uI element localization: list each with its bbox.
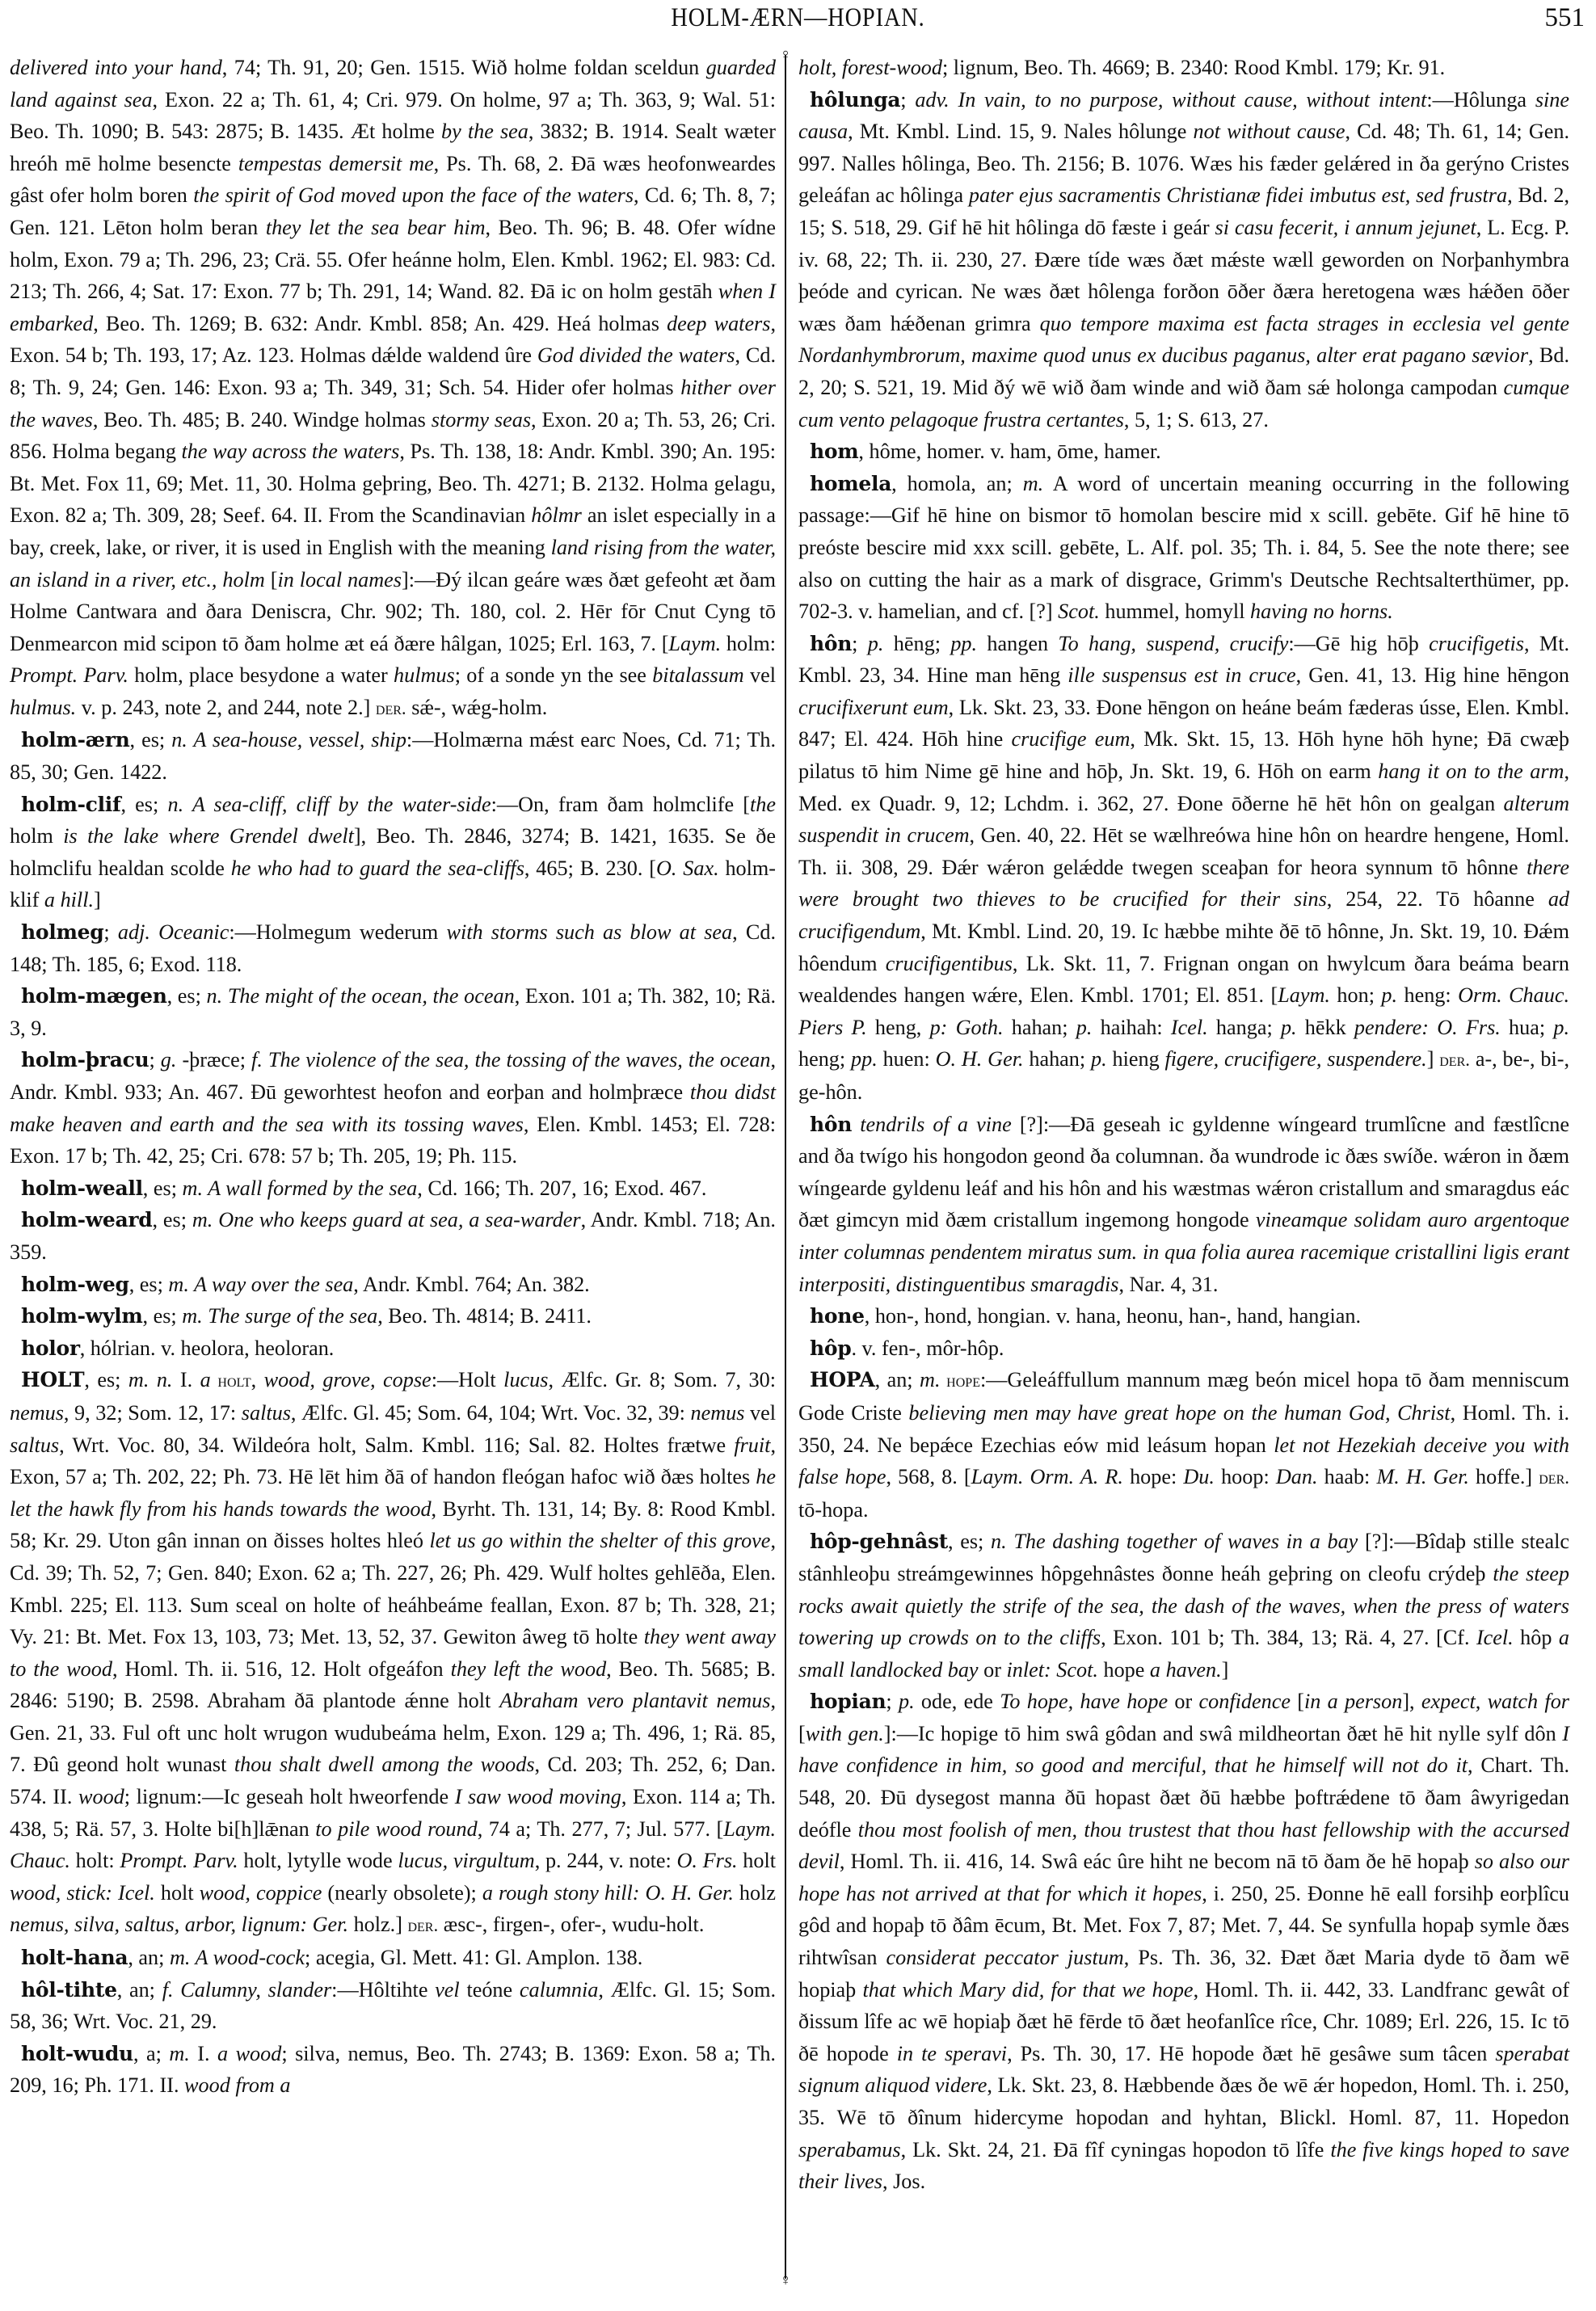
- italic-text: m. A wood-cock: [170, 1946, 305, 1969]
- text-run: hôp: [1514, 1626, 1559, 1649]
- text-run: æsc-, firgen-, ofer-, wudu-holt.: [438, 1913, 704, 1936]
- text-run: , Beo. Th. 485; B. 240. Windge holmas: [93, 408, 432, 431]
- italic-text: crucifigentibus: [886, 952, 1013, 975]
- italic-text: bitalassum: [652, 663, 744, 687]
- italic-text: crucifigetis: [1429, 632, 1524, 655]
- italic-text: ille suspensus est in cruce: [1068, 663, 1295, 687]
- text-run: heng,: [867, 1016, 930, 1039]
- small-caps-label: der.: [1539, 1467, 1569, 1488]
- italic-text: n. The might of the ocean, the ocean: [207, 984, 515, 1008]
- italic-text: m. A wall formed by the sea: [183, 1177, 418, 1200]
- italic-text: expect, watch for: [1421, 1690, 1569, 1713]
- italic-text: m.: [920, 1368, 940, 1391]
- text-run: [: [265, 568, 278, 591]
- text-run: , es;: [84, 1368, 128, 1391]
- text-run: holz: [734, 1881, 776, 1905]
- italic-text: Laym.: [668, 632, 721, 655]
- italic-text: saltus: [242, 1401, 291, 1425]
- italic-text: si casu fecerit, i annum jejunet: [1215, 216, 1476, 239]
- small-caps-label: holt: [211, 1370, 251, 1391]
- text-run: , homola, an;: [891, 472, 1023, 495]
- text-run: vel: [744, 663, 776, 687]
- italic-text: Scot.: [1058, 600, 1100, 623]
- text-run: hahan;: [1024, 1047, 1091, 1071]
- text-run: holt:: [70, 1849, 120, 1872]
- small-caps-label: der.: [376, 698, 406, 718]
- dictionary-entry: holor, hólrian. v. heolora, heoloran.: [10, 1332, 776, 1365]
- dictionary-entry: hôlunga; adv. In vain, to no purpose, wi…: [798, 84, 1569, 436]
- dictionary-entry: homela, homola, an; m. A word of uncerta…: [798, 468, 1569, 628]
- text-run: hahan;: [1004, 1016, 1076, 1039]
- dictionary-entry: hopian; p. ode, ede To hope, have hope o…: [798, 1686, 1569, 2198]
- italic-text: m. The surge of the sea: [182, 1304, 377, 1328]
- italic-text: To hang, suspend, crucify: [1058, 632, 1288, 655]
- text-run: ode, ede: [915, 1690, 1000, 1713]
- text-run: , es;: [167, 984, 207, 1008]
- dictionary-entry: hôn; p. hēng; pp. hangen To hang, suspen…: [798, 628, 1569, 1109]
- dictionary-entry: hôl-tihte, an; f. Calumny, slander:—Hôlt…: [10, 1974, 776, 2038]
- text-run: , es;: [120, 793, 167, 816]
- right-column: holt, forest-wood; lignum, Beo. Th. 4669…: [798, 52, 1569, 2198]
- italic-text: pendere: O. Frs.: [1354, 1016, 1501, 1039]
- italic-text: pp.: [851, 1047, 878, 1071]
- small-caps-label: der.: [407, 1915, 438, 1935]
- italic-text: adv. In vain, to no purpose, without cau…: [915, 88, 1426, 112]
- text-run: hua;: [1501, 1016, 1554, 1039]
- italic-text: wood, stick: Icel.: [10, 1881, 155, 1905]
- text-run: , Andr. Kmbl. 764; An. 382.: [353, 1273, 589, 1296]
- headword: hôn: [810, 1113, 852, 1136]
- text-run: , Mt. Kmbl. Lind. 15, 9. Nales hôlunge: [848, 120, 1193, 143]
- dictionary-entry: hôp-gehnâst, es; n. The dashing together…: [798, 1526, 1569, 1686]
- dictionary-entry: holm-ærn, es; n. A sea-house, vessel, sh…: [10, 724, 776, 788]
- text-run: holt: [155, 1881, 200, 1905]
- dictionary-entry: holm-mægen, es; n. The might of the ocea…: [10, 980, 776, 1044]
- small-caps-label: der.: [1439, 1050, 1470, 1070]
- text-run: , Beo. Th. 1269; B. 632: Andr. Kmbl. 858…: [93, 312, 667, 335]
- text-run: ,: [251, 1368, 264, 1391]
- text-run: holm:: [721, 632, 776, 655]
- dictionary-entry: hôn tendrils of a vine [?]:—Đā geseah ic…: [798, 1109, 1569, 1301]
- text-run: , hólrian. v. heolora, heoloran.: [80, 1337, 335, 1360]
- text-run: , an;: [128, 1946, 170, 1969]
- headword: hopian: [810, 1690, 886, 1713]
- text-run: ],: [1402, 1690, 1421, 1713]
- dictionary-entry: holm-weard, es; m. One who keeps guard a…: [10, 1204, 776, 1268]
- italic-text: with gen.: [806, 1722, 884, 1745]
- italic-text: to pile wood round: [315, 1817, 477, 1841]
- text-run: hanga;: [1208, 1016, 1281, 1039]
- text-run: -þræce;: [176, 1048, 251, 1071]
- text-run: , 74 a; Th. 277, 7; Jul. 577. [: [478, 1817, 724, 1841]
- italic-text: delivered into your hand: [10, 56, 222, 79]
- headword: hôp-gehnâst: [810, 1530, 948, 1553]
- italic-text: the: [750, 793, 776, 816]
- italic-text: crucifige eum: [1011, 727, 1130, 751]
- text-run: , Cd. 166; Th. 207, 16; Exod. 467.: [417, 1177, 706, 1200]
- italic-text: thou shalt dwell among the woods: [234, 1753, 535, 1776]
- italic-text: M. H. Ger.: [1376, 1465, 1468, 1488]
- italic-text: p.: [1381, 983, 1397, 1007]
- italic-text: p.: [868, 632, 884, 655]
- text-run: , Homl. Th. ii. 416, 14. Swâ eác ûre hih…: [840, 1850, 1475, 1873]
- text-run: , es;: [948, 1530, 991, 1553]
- dictionary-entry: holt-wudu, a; m. I. a wood; silva, nemus…: [10, 2038, 776, 2102]
- italic-text: g.: [161, 1048, 177, 1071]
- dictionary-entry: HOLT, es; m. n. I. a holt, wood, grove, …: [10, 1364, 776, 1942]
- italic-text: hulmus: [394, 663, 455, 687]
- text-run: , Homl. Th. ii. 516, 12. Holt ofgeáfon: [112, 1657, 451, 1681]
- italic-text: fruit: [734, 1433, 770, 1457]
- text-run: , 568, 8. [: [886, 1465, 971, 1488]
- italic-text: wood: [78, 1785, 124, 1808]
- italic-text: m. A way over the sea: [168, 1273, 353, 1296]
- text-run: (nearly obsolete);: [322, 1881, 482, 1905]
- italic-text: m. n.: [128, 1368, 173, 1391]
- text-run: ; lignum, Beo. Th. 4669; B. 2340: Rood K…: [942, 56, 1445, 79]
- italic-text: stormy seas: [432, 408, 531, 431]
- text-run: holm, place besydone a water: [128, 663, 394, 687]
- italic-text: Prompt. Parv.: [120, 1849, 238, 1872]
- text-run: hoop:: [1215, 1465, 1276, 1488]
- text-run: , a;: [133, 2042, 169, 2065]
- italic-text: crucifixerunt eum: [798, 696, 949, 719]
- text-run: , es;: [142, 1304, 182, 1328]
- italic-text: I saw wood moving: [455, 1785, 621, 1808]
- text-run: , es;: [130, 728, 172, 751]
- italic-text: calumnia: [520, 1978, 598, 2002]
- text-run: :—Hôltihte: [331, 1978, 435, 2002]
- column-divider-rule: [785, 55, 786, 2279]
- italic-text: O. Frs.: [676, 1849, 737, 1872]
- italic-text: the spirit of God moved upon the face of…: [193, 183, 634, 207]
- text-run: vel: [744, 1401, 776, 1425]
- text-run: hope:: [1123, 1465, 1183, 1488]
- italic-text: Laym. Orm. A. R.: [971, 1465, 1123, 1488]
- text-run: I.: [172, 1368, 200, 1391]
- italic-text: nemus, silva, saltus, arbor, lignum: Ger…: [10, 1913, 348, 1936]
- page-header: HOLM-ÆRN—HOPIAN. 551: [0, 0, 1596, 42]
- text-run: or: [1168, 1690, 1198, 1713]
- text-run: :—Gē hig hōþ: [1288, 632, 1429, 655]
- italic-text: Icel.: [1476, 1626, 1514, 1649]
- italic-text: f. The violence of the sea, the tossing …: [251, 1048, 770, 1071]
- text-run: hangen: [977, 632, 1058, 655]
- text-run: holt: [738, 1849, 776, 1872]
- text-run: , Ælfc. Gr. 8; Som. 7, 30:: [548, 1368, 776, 1391]
- text-run: , es;: [152, 1208, 192, 1231]
- italic-text: p.: [1281, 1016, 1297, 1039]
- text-run: , 465; B. 230. [: [524, 857, 656, 880]
- italic-text: with storms such as blow at sea: [446, 920, 732, 944]
- italic-text: f. Calumny, slander: [162, 1978, 331, 2002]
- italic-text: deep waters: [667, 312, 770, 335]
- headword: holt-wudu: [21, 2042, 133, 2065]
- italic-text: a haven.: [1150, 1658, 1222, 1682]
- italic-text: vel: [435, 1978, 460, 2002]
- headword: homela: [810, 472, 891, 495]
- italic-text: the way across the waters: [182, 440, 400, 463]
- text-run: , Lk. Skt. 24, 21. Đā fîf cyningas hopod…: [901, 2138, 1331, 2162]
- text-run: . v. fen-, môr-hôp.: [851, 1337, 1004, 1360]
- italic-text: they left the wood: [451, 1657, 607, 1681]
- italic-text: by the sea: [441, 120, 528, 143]
- italic-text: in a person: [1304, 1690, 1402, 1713]
- italic-text: sperabamus: [798, 2138, 901, 2162]
- dictionary-entry: holt-hana, an; m. A wood-cock; acegia, G…: [10, 1942, 776, 1974]
- text-run: [: [1291, 1690, 1304, 1713]
- italic-text: lucus, virgultum: [398, 1849, 534, 1872]
- dictionary-entry: holt, forest-wood; lignum, Beo. Th. 4669…: [798, 52, 1569, 84]
- text-run: huen:: [878, 1047, 936, 1071]
- italic-text: a hill.: [44, 888, 94, 911]
- text-run: hēkk: [1297, 1016, 1354, 1039]
- text-run: ;: [149, 1048, 160, 1071]
- italic-text: having no horns.: [1250, 600, 1393, 623]
- dictionary-entry: delivered into your hand, 74; Th. 91, 20…: [10, 52, 776, 724]
- italic-text: m. One who keeps guard at sea, a sea-war…: [192, 1208, 581, 1231]
- dictionary-entry: hôp. v. fen-, môr-hôp.: [798, 1332, 1569, 1365]
- italic-text: Icel.: [1171, 1016, 1208, 1039]
- italic-text: let us go within the shelter of this gro…: [430, 1529, 771, 1552]
- italic-text: p.: [1553, 1016, 1569, 1039]
- italic-text: inlet: Scot.: [1006, 1658, 1097, 1682]
- italic-text: pater ejus sacramentis Christianæ fidei …: [969, 183, 1507, 207]
- italic-text: p.: [899, 1690, 915, 1713]
- text-run: , 254, 22. Tō hôanne: [1327, 887, 1548, 911]
- text-run: ; of a sonde yn the see: [455, 663, 653, 687]
- text-run: ]: [1427, 1047, 1440, 1071]
- text-run: , 74; Th. 91, 20; Gen. 1515. Wið holme f…: [222, 56, 706, 79]
- text-run: ;: [103, 920, 117, 944]
- italic-text: not without cause: [1194, 120, 1345, 143]
- italic-text: p: Goth.: [930, 1016, 1004, 1039]
- text-run: ]: [1222, 1658, 1229, 1682]
- text-run: [: [798, 1722, 806, 1745]
- dictionary-entry: holm-þracu; g. -þræce; f. The violence o…: [10, 1044, 776, 1172]
- italic-text: wood, coppice: [200, 1881, 322, 1905]
- text-run: hon;: [1330, 983, 1381, 1007]
- italic-text: that which Mary did, for that we hope: [863, 1978, 1194, 2002]
- italic-text: n. A sea-house, vessel, ship: [171, 728, 406, 751]
- headword: holm-weg: [21, 1273, 129, 1296]
- text-run: hoffe.]: [1469, 1465, 1539, 1488]
- italic-text: they let the sea bear him: [266, 216, 486, 239]
- italic-text: wood from a: [184, 2073, 290, 2097]
- text-run: sǽ-, wǽg-holm.: [406, 696, 548, 719]
- italic-text: tempestas demersit me: [238, 152, 434, 175]
- text-run: [852, 1113, 860, 1136]
- italic-text: a: [200, 1368, 211, 1391]
- italic-text: nemus: [691, 1401, 745, 1425]
- text-run: , Wrt. Voc. 80, 34. Wildeóra holt, Salm.…: [59, 1433, 734, 1457]
- dictionary-entry: holm-weall, es; m. A wall formed by the …: [10, 1172, 776, 1205]
- italic-text: hôlmr: [531, 503, 582, 527]
- headword: HOLT: [21, 1368, 84, 1391]
- text-run: ;: [900, 88, 915, 112]
- left-column: delivered into your hand, 74; Th. 91, 20…: [10, 52, 776, 2102]
- small-caps-label: hope: [941, 1370, 980, 1391]
- text-run: , 9, 32; Som. 12, 17:: [64, 1401, 242, 1425]
- headword: holm-þracu: [21, 1048, 149, 1071]
- headword: holm-mægen: [21, 984, 167, 1008]
- headword: holmeg: [21, 920, 103, 944]
- headword: hôlunga: [810, 88, 900, 112]
- text-run: , Ps. Th. 30, 17. Hē hopode ðæt hē gesâw…: [1007, 2042, 1495, 2065]
- text-run: haihah:: [1092, 1016, 1171, 1039]
- text-run: , hon-, hond, hongian. v. hana, heonu, h…: [865, 1304, 1361, 1328]
- text-run: , an;: [875, 1368, 920, 1391]
- text-run: :—Hôlunga: [1426, 88, 1535, 112]
- text-run: holz.]: [348, 1913, 407, 1936]
- text-run: hummel, homyll: [1100, 600, 1250, 623]
- dictionary-entry: hom, hôme, homer. v. ham, ōme, hamer.: [798, 436, 1569, 468]
- text-run: , Beo. Th. 4814; B. 2411.: [377, 1304, 592, 1328]
- italic-text: pp.: [950, 632, 977, 655]
- italic-text: p.: [1076, 1016, 1093, 1039]
- italic-text: n. The dashing together of waves in a ba…: [991, 1530, 1358, 1553]
- text-run: :—Holt: [432, 1368, 503, 1391]
- text-run: , Exon. 101 b; Th. 384, 13; Rä. 4, 27. […: [1101, 1626, 1476, 1649]
- text-run: ;: [852, 632, 868, 655]
- headword: HOPA: [810, 1368, 875, 1391]
- italic-text: m.: [169, 2042, 189, 2065]
- text-run: or: [979, 1658, 1007, 1682]
- italic-text: n. A sea-cliff, cliff by the water-side: [167, 793, 491, 816]
- text-run: , es;: [143, 1177, 183, 1200]
- text-run: teóne: [460, 1978, 520, 2002]
- headword: holor: [21, 1337, 80, 1360]
- text-run: :—Holmegum wederum: [229, 920, 446, 944]
- italic-text: a rough stony hill: O. H. Ger.: [482, 1881, 734, 1905]
- italic-text: is the lake where Grendel dwelt: [63, 824, 354, 848]
- italic-text: m.: [1023, 472, 1043, 495]
- text-run: ; lignum:—Ic geseah holt hweorfende: [124, 1785, 455, 1808]
- italic-text: O. Sax.: [656, 857, 719, 880]
- dictionary-entry: hone, hon-, hond, hongian. v. hana, heon…: [798, 1300, 1569, 1332]
- text-run: holm: [10, 824, 63, 848]
- italic-text: in local names: [277, 568, 402, 591]
- italic-text: holt, forest-wood: [798, 56, 942, 79]
- italic-text: Dan.: [1276, 1465, 1318, 1488]
- running-title: HOLM-ÆRN—HOPIAN.: [112, 3, 1484, 33]
- italic-text: figere, crucifigere, suspendere.: [1165, 1047, 1427, 1071]
- headword: hone: [810, 1304, 865, 1328]
- text-run: , es;: [129, 1273, 169, 1296]
- text-run: , Gen. 41, 13. Hig hine hēngon: [1296, 663, 1569, 687]
- italic-text: a wood: [217, 2042, 281, 2065]
- text-run: hēng;: [883, 632, 950, 655]
- dictionary-entry: HOPA, an; m. hope:—Geleáffullum mannum m…: [798, 1364, 1569, 1526]
- headword: holt-hana: [21, 1946, 128, 1969]
- headword: holm-clif: [21, 793, 120, 816]
- text-run: , an;: [117, 1978, 162, 2002]
- italic-text: hang it on to the arm: [1378, 760, 1564, 783]
- text-run: ; acegia, Gl. Mett. 41: Gl. Amplon. 138.: [305, 1946, 642, 1969]
- italic-text: believing men may have great hope on the…: [908, 1401, 1450, 1425]
- italic-text: hulmus.: [10, 696, 76, 719]
- headword: holm-weall: [21, 1177, 143, 1200]
- headword: holm-ærn: [21, 728, 130, 751]
- headword: hôl-tihte: [21, 1978, 117, 2002]
- text-run: v. p. 243, note 2, and 244, note 2.]: [76, 696, 376, 719]
- italic-text: Abraham vero plantavit nemus: [499, 1689, 770, 1712]
- italic-text: To hope, have hope: [1000, 1690, 1168, 1713]
- italic-text: God divided the waters: [537, 343, 735, 367]
- column-rule-bottom-ornament-icon: ♀: [777, 2272, 794, 2288]
- headword: hom: [810, 440, 858, 463]
- text-run: ;: [886, 1690, 899, 1713]
- headword: hôp: [810, 1337, 851, 1360]
- text-run: tō-hopa.: [798, 1498, 869, 1522]
- italic-text: wood, grove, copse: [264, 1368, 432, 1391]
- italic-text: O. H. Ger.: [936, 1047, 1024, 1071]
- dictionary-entry: holmeg; adj. Oceanic:—Holmegum wederum w…: [10, 916, 776, 980]
- italic-text: tendrils of a vine: [860, 1113, 1011, 1136]
- italic-text: confidence: [1199, 1690, 1291, 1713]
- italic-text: saltus: [10, 1433, 59, 1457]
- text-run: , p. 244, v. note:: [535, 1849, 677, 1872]
- headword: holm-wylm: [21, 1304, 142, 1328]
- page-number: 551: [1545, 3, 1585, 33]
- italic-text: considerat peccator justum: [886, 1946, 1124, 1969]
- italic-text: he who had to guard the sea-cliffs: [231, 857, 524, 880]
- text-run: ]: [94, 888, 101, 911]
- text-run: heng:: [1397, 983, 1458, 1007]
- text-run: ]:—Ic hopige tō him swâ gôdan and swâ mi…: [884, 1722, 1562, 1745]
- text-run: , Jos.: [882, 2170, 925, 2193]
- text-run: hope: [1098, 1658, 1150, 1682]
- text-run: , Nar. 4, 31.: [1118, 1273, 1218, 1296]
- text-run: , 5, 1; S. 613, 27.: [1124, 408, 1269, 431]
- headword: hôn: [810, 632, 852, 655]
- italic-text: lucus: [503, 1368, 548, 1391]
- italic-text: Prompt. Parv.: [10, 663, 128, 687]
- dictionary-entry: holm-clif, es; n. A sea-cliff, cliff by …: [10, 789, 776, 916]
- text-run: I.: [190, 2042, 217, 2065]
- text-run: , Ælfc. Gl. 45; Som. 64, 104; Wrt. Voc. …: [291, 1401, 691, 1425]
- text-run: heng;: [798, 1047, 851, 1071]
- dictionary-entry: holm-wylm, es; m. The surge of the sea, …: [10, 1300, 776, 1332]
- italic-text: adj. Oceanic: [118, 920, 229, 944]
- italic-text: nemus: [10, 1401, 64, 1425]
- italic-text: p.: [1091, 1047, 1107, 1071]
- text-run: hieng: [1107, 1047, 1165, 1071]
- dictionary-entry: holm-weg, es; m. A way over the sea, And…: [10, 1269, 776, 1301]
- italic-text: in te speravi: [897, 2042, 1007, 2065]
- text-run: , hôme, homer. v. ham, ōme, hamer.: [858, 440, 1160, 463]
- headword: holm-weard: [21, 1208, 152, 1231]
- text-run: :—On, fram ðam holmclife [: [491, 793, 750, 816]
- italic-text: Laym.: [1278, 983, 1330, 1007]
- italic-text: Du.: [1183, 1465, 1215, 1488]
- text-run: haab:: [1318, 1465, 1377, 1488]
- text-run: holt, lytylle wode: [238, 1849, 398, 1872]
